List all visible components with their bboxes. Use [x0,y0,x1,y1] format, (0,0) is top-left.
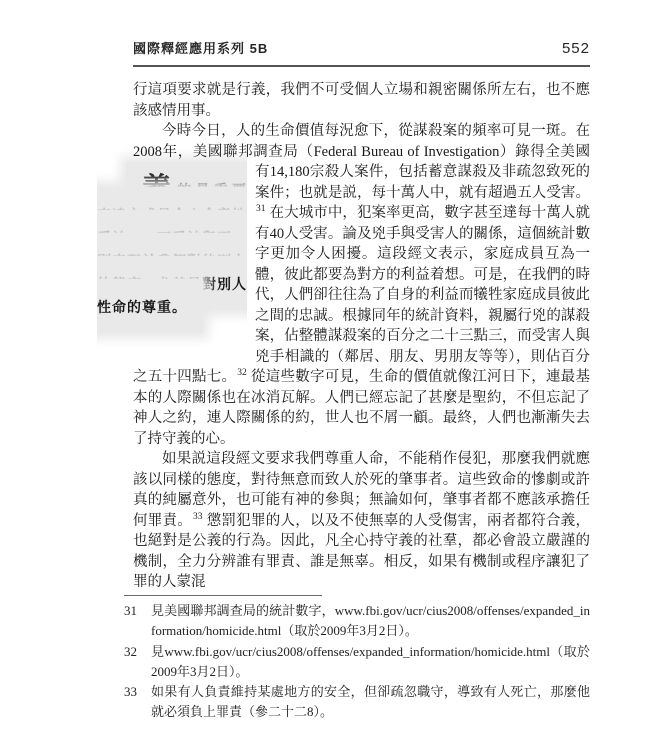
body-text: 行這項要求就是行義，我們不可受個人立場和親密關係所左右，也不應該感情用事。 今時… [133,80,590,593]
pull-quote-text: 的最重要表達方式是全心全意地愛神……而愛神與否，則表現於我們對待別人的態度，尤其… [97,182,247,315]
footnote-text: 見美國聯邦調查局的統計數字，www.fbi.gov/ucr/cius2008/o… [151,601,590,642]
footnote-ref-33: 33 [193,512,203,522]
paragraph-text: 行這項要求就是行義，我們不可受個人立場和親密關係所左右，也不應該感情用事。 [133,82,590,119]
footnote-row: 31 見美國聯邦調查局的統計數字，www.fbi.gov/ucr/cius200… [124,601,590,642]
page-content: 國際釋經應用系列 5B 552 行這項要求就是行義，我們不可受個人立場和親密關係… [133,38,590,723]
pull-quote-box: 義的最重要表達方式是全心全意地愛神……而愛神與否，則表現於我們對待別人的態度，尤… [97,162,247,333]
footnote-number: 32 [124,642,151,683]
footnote-number: 31 [124,601,151,642]
footnote-text: 見www.fbi.gov/ucr/cius2008/offenses/expan… [151,642,590,683]
pull-quote-float: 義的最重要表達方式是全心全意地愛神……而愛神與否，則表現於我們對待別人的態度，尤… [97,175,247,319]
footnote-text: 如果有人負責維持某處地方的安全，但卻疏忽職守，導致有人死亡，那麼他就必須負上罪責… [151,682,590,723]
footnote-divider [124,595,322,597]
footnote-ref-31: 31 [256,204,266,214]
running-head: 國際釋經應用系列 5B 552 [133,38,590,57]
paragraph-statistics: 今時今日，人的生命價值每況愈下，從謀殺案的頻率可見一斑。在2008年，美國聯邦調… [133,121,590,449]
footnote-number: 33 [124,682,151,723]
book-page: 國際釋經應用系列 5B 552 行這項要求就是行義，我們不可受個人立場和親密關係… [0,0,650,750]
series-title: 國際釋經應用系列 5B [133,38,268,57]
footnotes-section: 31 見美國聯邦調查局的統計數字，www.fbi.gov/ucr/cius200… [133,595,590,723]
paragraph-text: 14,180宗殺人案件，包括蓄意謀殺及非疏忽致死的案件；也就是説，每十萬人中，就… [255,164,590,201]
paragraph-justice: 如果説這段經文要求我們尊重人命，不能稍作侵犯，那麼我們就應該以同樣的態度，對待無… [133,449,590,593]
footnote-row: 32 見www.fbi.gov/ucr/cius2008/offenses/ex… [124,642,590,683]
paragraph-continuation: 行這項要求就是行義，我們不可受個人立場和親密關係所左右，也不應該感情用事。 [133,80,590,121]
paragraph-text: 懲罰犯罪的人，以及不使無辜的人受傷害，兩者都符合義，也絕對是公義的行為。因此，凡… [133,513,590,591]
page-number: 552 [562,40,590,57]
footnote-ref-32: 32 [237,368,247,378]
pull-quote-lead-char: 義 [142,173,174,205]
header-rule [133,65,590,67]
footnote-row: 33 如果有人負責維持某處地方的安全，但卻疏忽職守，導致有人死亡，那麼他就必須負… [124,682,590,723]
